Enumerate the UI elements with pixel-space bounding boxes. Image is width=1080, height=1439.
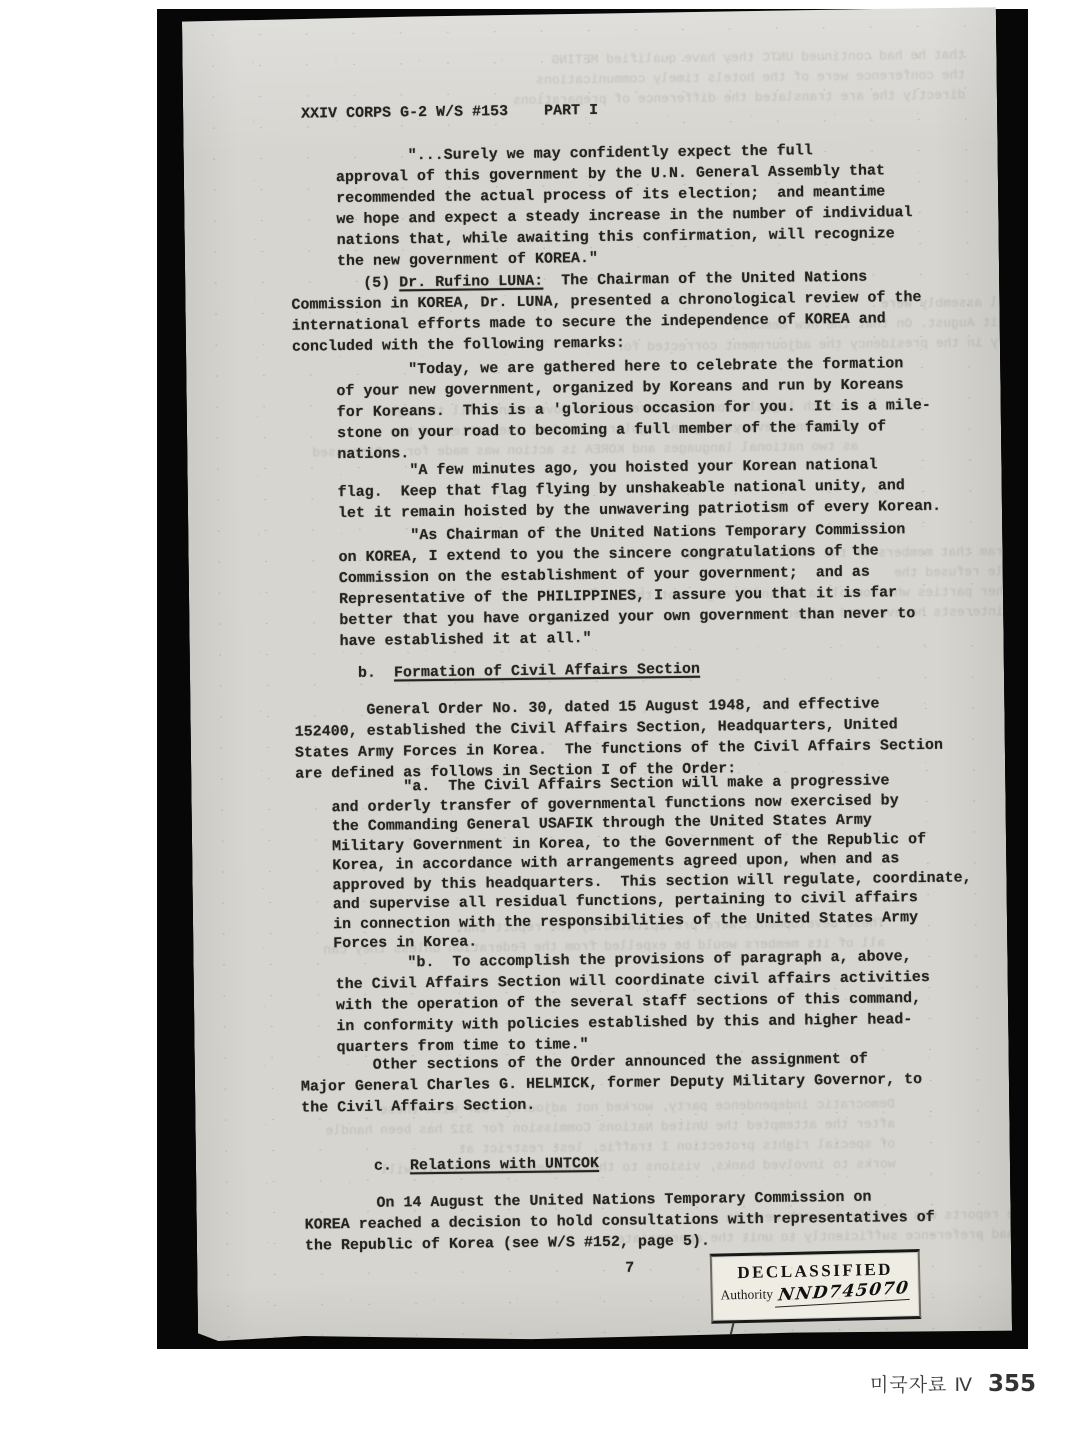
section-heading-b: b. Formation of Civil Affairs Section <box>358 659 700 684</box>
paragraph-luna-name: Dr. Rufino LUNA: <box>399 273 543 292</box>
document-page: that he had continued UNTC they have qua… <box>182 7 1012 1344</box>
stamp-authority-row: Authority NND745070 <box>712 1280 918 1307</box>
footer-page-number: 355 <box>988 1371 1036 1397</box>
footer: 미국자료 Ⅳ 355 <box>870 1370 1036 1397</box>
paragraph-order-b: "b. To accomplish the provisions of para… <box>335 946 930 1058</box>
paragraph-other-sections: Other sections of the Order announced th… <box>301 1048 923 1119</box>
section-heading-c-prefix: c. <box>374 1157 410 1174</box>
paragraph-luna-prefix: (5) <box>291 274 399 292</box>
section-heading-c: c. Relations with UNTCOK <box>374 1153 599 1177</box>
page-number: 7 <box>625 1258 634 1279</box>
declassified-stamp: DECLASSIFIED Authority NND745070 <box>710 1249 922 1324</box>
authority-number: NND745070 <box>775 1278 913 1308</box>
paragraph-general-order: General Order No. 30, dated 15 August 19… <box>294 693 943 785</box>
scan-background: that he had continued UNTC they have qua… <box>157 9 1028 1349</box>
pen-mark <box>728 1322 737 1344</box>
section-heading-b-label: Formation of Civil Affairs Section <box>394 661 700 682</box>
section-heading-c-label: Relations with UNTCOK <box>410 1155 599 1174</box>
paragraph-luna: (5) Dr. Rufino LUNA: The Chairman of the… <box>291 266 922 358</box>
paragraph-flag-quote: "A few minutes ago, you hoisted your Kor… <box>337 454 941 524</box>
document-header: XXIV CORPS G-2 W/S #153 PART I <box>301 100 598 125</box>
paragraph-chairman-quote: "As Chairman of the United Nations Tempo… <box>338 519 916 652</box>
footer-series-label: 미국자료 Ⅳ <box>870 1370 973 1397</box>
authority-label: Authority <box>720 1286 773 1302</box>
section-heading-b-prefix: b. <box>358 664 394 681</box>
paragraph-untcok: On 14 August the United Nations Temporar… <box>304 1186 935 1257</box>
paragraph-today-quote: "Today, we are gathered here to celebrat… <box>336 353 931 465</box>
paragraph-opening-quote: "...Surely we may confidently expect the… <box>336 139 914 272</box>
paragraph-order-a: "a. The Civil Affairs Section will make … <box>331 770 972 953</box>
